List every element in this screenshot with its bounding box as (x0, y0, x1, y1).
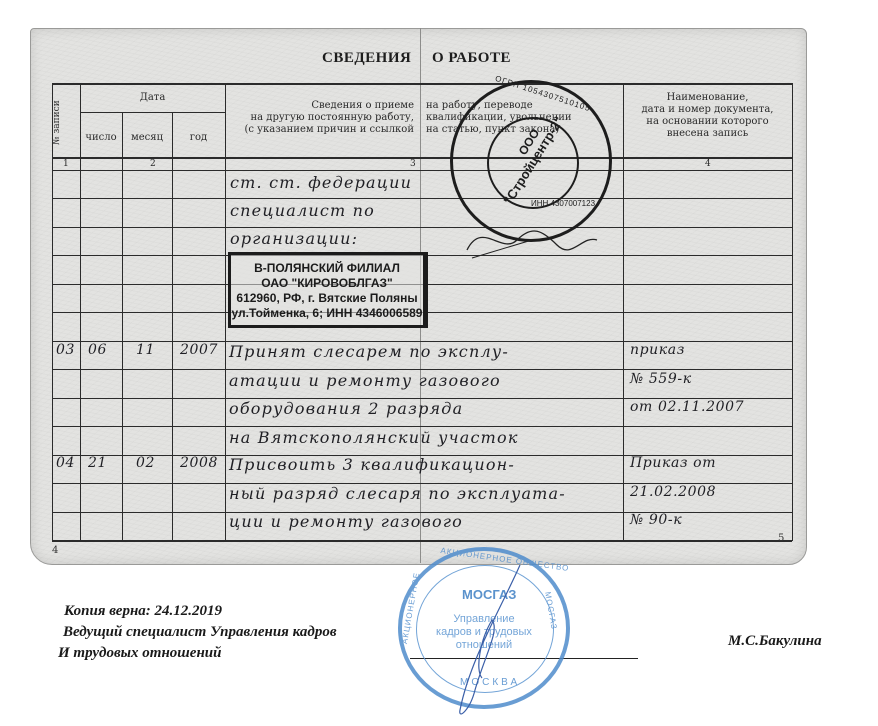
table-top-border (52, 83, 792, 85)
col-divider-day (122, 112, 123, 541)
entry-day: 06 (88, 342, 107, 358)
page-number-left: 4 (52, 545, 58, 556)
certifier-position-line-1: Ведущий специалист Управления кадров (63, 624, 337, 641)
table-row-line (52, 227, 792, 228)
col-divider-date (225, 83, 226, 541)
header-day: число (80, 132, 122, 144)
entry-text-line: оборудования 2 разряда (229, 399, 463, 418)
entry-month: 11 (136, 342, 155, 358)
entry-text-line: на Вятскополянский участок (229, 428, 519, 447)
header-month: месяц (122, 132, 172, 144)
previous-entry-line-3: организации: (230, 229, 358, 248)
entry-text-line: атации и ремонту газового (229, 371, 501, 390)
entry-number: 04 (56, 455, 75, 471)
entry-text-line: ный разряд слесаря по эксплуата- (229, 484, 566, 503)
date-subheader-line (80, 112, 225, 113)
col-divider-basis (623, 83, 624, 541)
table-bottom-border (52, 540, 792, 542)
table-row-line (52, 198, 792, 199)
entry-year: 2008 (180, 455, 218, 471)
previous-entry-line-1: ст. ст. федерации (230, 173, 412, 192)
signature-scribble-2 (430, 560, 560, 720)
header-date: Дата (80, 92, 225, 104)
page-number-right: 5 (778, 533, 784, 544)
heading-left: СВЕДЕНИЯ (322, 50, 411, 67)
entry-basis-line: 21.02.2008 (630, 484, 716, 500)
colnum-2: 2 (150, 159, 156, 169)
entry-text-line: Присвоить 3 квалификацион- (229, 455, 515, 474)
entry-day: 21 (88, 455, 107, 471)
entry-month: 02 (136, 455, 155, 471)
entry-text-line: ции и ремонту газового (229, 512, 463, 531)
branch-rectangular-stamp: В-ПОЛЯНСКИЙ ФИЛИАЛ ОАО "КИРОВОБЛГАЗ" 612… (228, 252, 428, 328)
colnum-1: 1 (63, 159, 69, 169)
signatory-name: М.С.Бакулина (728, 633, 822, 650)
colnum-row-border (52, 170, 792, 171)
table-left-border (52, 83, 53, 541)
col-divider-no (80, 83, 81, 541)
previous-entry-line-2: специалист по (230, 201, 375, 220)
entry-year: 2007 (180, 342, 218, 358)
header-bottom-border (52, 157, 792, 159)
header-entry-no: № записи (52, 100, 62, 145)
colnum-4: 4 (705, 159, 711, 169)
stamp-inn: ИНН 4307007123 (531, 199, 595, 208)
entry-text-line: Принят слесарем по эксплу- (229, 342, 509, 361)
header-info-left: Сведения о приеме на другую постоянную р… (228, 100, 414, 136)
col-divider-month (172, 112, 173, 541)
colnum-3: 3 (410, 159, 416, 169)
entry-basis-line: приказ (630, 342, 685, 358)
heading-right: О РАБОТЕ (432, 50, 511, 67)
header-year: год (172, 132, 225, 144)
entry-number: 03 (56, 342, 75, 358)
header-basis: Наименование, дата и номер документа, на… (623, 92, 792, 140)
copy-certified-date: Копия верна: 24.12.2019 (64, 603, 222, 620)
entry-basis-line: № 559-к (630, 371, 692, 387)
certifier-position-line-2: И трудовых отношений (58, 645, 221, 662)
table-right-border (792, 83, 793, 541)
entry-basis-line: Приказ от (630, 455, 716, 471)
signature-scribble-1 (462, 210, 602, 260)
entry-basis-line: № 90-к (630, 512, 682, 528)
entry-basis-line: от 02.11.2007 (630, 399, 744, 415)
